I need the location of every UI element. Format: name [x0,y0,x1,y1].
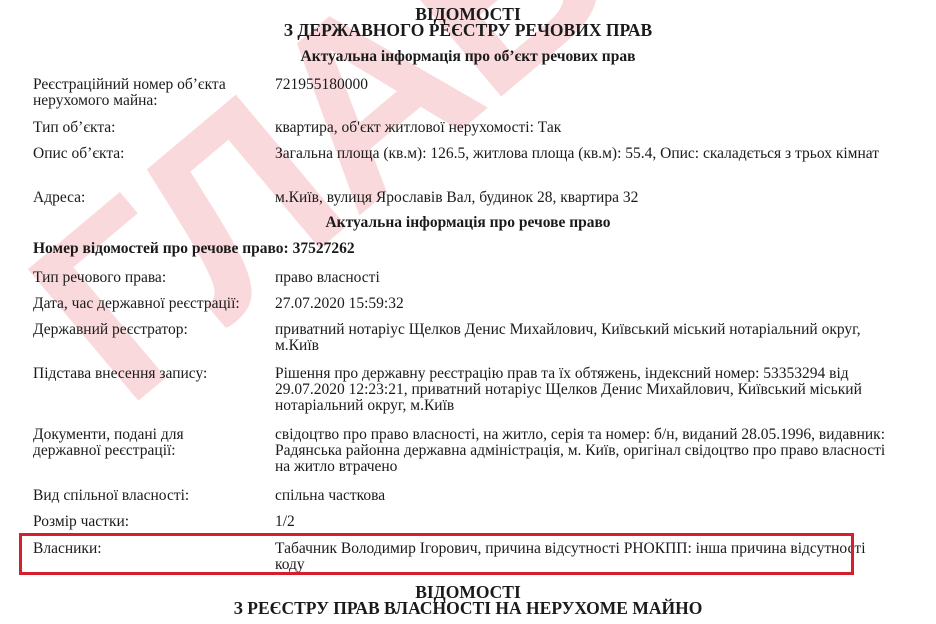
field-label: Дата, час державної реєстрації: [33,296,268,312]
right-record-number: Номер відомостей про речове право: 37527… [33,240,355,258]
object-section-heading: Актуальна інформація про об’єкт речових … [0,48,936,66]
field-value: Рішення про державну реєстрацію прав та … [275,366,895,414]
field-value: м.Київ, вулиця Ярославів Вал, будинок 28… [275,190,895,206]
owners-highlight-box [19,533,854,575]
field-value: спільна часткова [275,488,895,504]
field-value: Загальна площа (кв.м): 126.5, житлова пл… [275,146,895,162]
field-label: Документи, подані для державної реєстрац… [33,427,233,459]
document-title-line2: З ДЕРЖАВНОГО РЕЄСТРУ РЕЧОВИХ ПРАВ [0,22,936,39]
field-label: Державний реєстратор: [33,322,268,338]
right-section-heading: Актуальна інформація про речове право [0,214,936,232]
field-value: 721955180000 [275,77,895,93]
field-label: Тип речового права: [33,270,268,286]
next-document-title-line2: З РЕЄСТРУ ПРАВ ВЛАСНОСТІ НА НЕРУХОМЕ МАЙ… [0,600,936,617]
field-value: свідоцтво про право власності, на житло,… [275,427,895,475]
field-value: приватний нотаріус Щелков Денис Михайлов… [275,322,895,354]
field-label: Розмір частки: [33,514,268,530]
field-label: Тип об’єкта: [33,120,268,136]
field-label: Адреса: [33,190,268,206]
field-label: Реєстраційний номер об’єкта нерухомого м… [33,77,268,109]
field-value: 27.07.2020 15:59:32 [275,296,895,312]
field-label: Вид спільної власності: [33,488,268,504]
field-value: 1/2 [275,514,895,530]
field-label: Опис об’єкта: [33,146,268,162]
field-label: Підстава внесення запису: [33,366,268,382]
field-value: квартира, об'єкт житлової нерухомості: Т… [275,120,895,136]
field-value: право власності [275,270,895,286]
